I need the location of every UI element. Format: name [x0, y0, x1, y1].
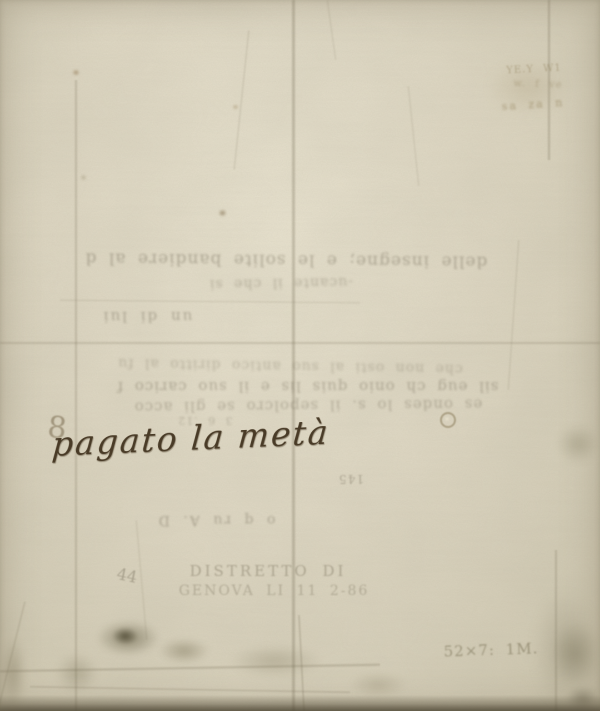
aged-paper-document: delle insegne; e le solite bandiere al d… [0, 0, 600, 711]
edge-vignette [0, 0, 600, 711]
